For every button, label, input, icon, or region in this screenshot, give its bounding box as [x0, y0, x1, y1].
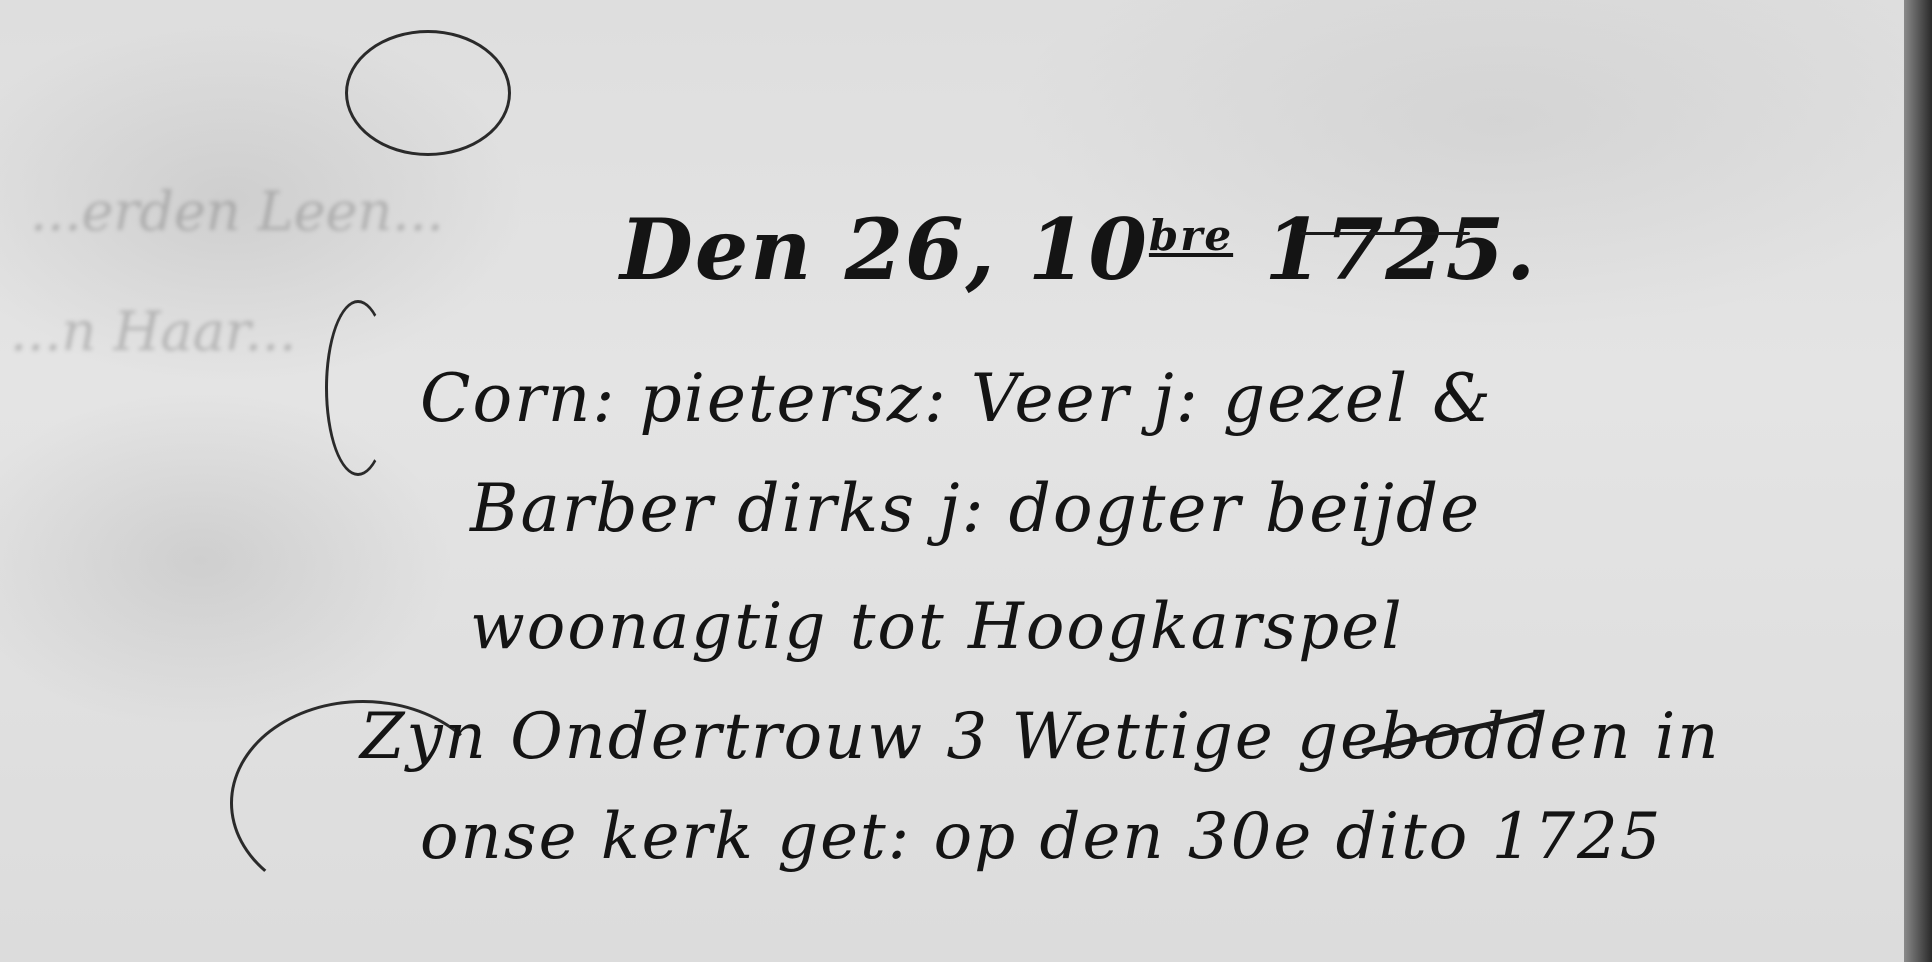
date-underline-dash [1300, 232, 1470, 235]
record-line-bride: Barber dirks j: dogter beijde [470, 470, 1481, 547]
document-scan: ...erden Leen... ...n Haar... Den 26, 10… [0, 0, 1932, 962]
date-year: 1725. [1264, 200, 1537, 299]
date-month: 10 [1028, 200, 1149, 299]
date-prefix: Den [620, 200, 813, 299]
date-month-sup: bre [1149, 211, 1233, 260]
record-line-residence: woonagtig tot Hoogkarspel [470, 590, 1404, 664]
record-line-groom: Corn: pietersz: Veer j: gezel & [420, 360, 1493, 437]
record-line-church: onse kerk get: op den 30e dito 1725 [420, 800, 1662, 874]
capital-d-flourish [345, 30, 511, 156]
bleed-through-text-2: ...n Haar... [10, 300, 296, 363]
bleed-through-text-1: ...erden Leen... [30, 180, 444, 243]
record-date-line: Den 26, 10bre 1725. [620, 200, 1537, 299]
capital-c-flourish [325, 300, 391, 476]
record-line-banns: Zyn Ondertrouw 3 Wettige gebodden in [360, 700, 1721, 774]
date-day: 26, [845, 200, 997, 299]
page-edge-shadow [1904, 0, 1932, 962]
